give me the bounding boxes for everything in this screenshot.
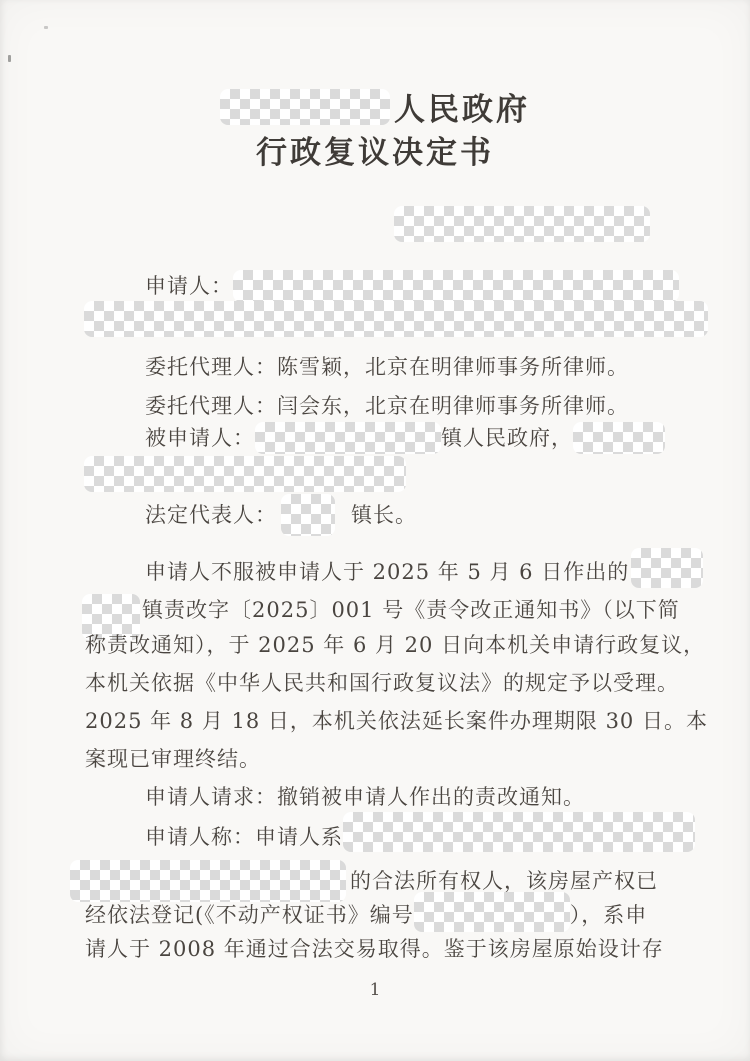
redacted-block-respondent-town-name	[255, 422, 441, 454]
respondent-suffix: 镇人民政府，	[441, 425, 573, 451]
body-line: 申请人请求：撤销被申请人作出的责改通知。	[145, 784, 585, 810]
respondent-label: 被申请人：	[145, 425, 255, 451]
body-line: 经依法登记(《不动产权证书》编号 ），系申	[85, 898, 647, 932]
body-text-segment: 称责改通知），于 2025 年 6 月 20 日向本机关申请行政复议，	[85, 632, 705, 658]
redacted-block-government-name	[220, 89, 390, 125]
body-text-segment: 本机关依据《中华人民共和国行政复议法》的规定予以受理。	[85, 670, 679, 696]
applicant-row: 申请人：	[145, 270, 679, 302]
scan-artifact-speck	[44, 26, 48, 29]
agent-row-1: 委托代理人：陈雪颖，北京在明律师事务所律师。	[145, 354, 629, 380]
redacted-block-applicant-name	[233, 270, 679, 302]
redacted-block-applicant-address	[84, 301, 708, 337]
respondent-row: 被申请人： 镇人民政府，	[145, 422, 665, 454]
body-line: 请人于 2008 年通过合法交易取得。鉴于该房屋原始设计存	[85, 936, 664, 962]
redacted-block-document-number	[394, 206, 650, 242]
body-text-segment: 的合法所有权人，该房屋产权已	[350, 868, 658, 894]
redacted-block-respondent-address	[573, 422, 665, 454]
body-text-segment: 案现已审理终结。	[85, 746, 261, 772]
body-text-segment: 申请人称：申请人系	[145, 824, 343, 850]
redacted-block-inline	[631, 548, 703, 588]
redacted-block-inline	[70, 860, 346, 902]
legal-representative-row: 法定代表人： 镇长。	[145, 494, 417, 536]
page-number-text: 1	[370, 980, 381, 1000]
applicant-label: 申请人：	[145, 273, 233, 299]
body-text-segment: 申请人不服被申请人于 2025 年 5 月 6 日作出的	[145, 559, 629, 585]
body-text-segment: 经依法登记(《不动产权证书》编号	[85, 902, 414, 928]
body-line: 镇责改字〔2025〕001 号《责令改正通知书》（以下简	[82, 594, 680, 626]
title-government-suffix: 人民政府	[394, 84, 530, 129]
body-line: 案现已审理终结。	[85, 746, 261, 772]
legal-rep-label: 法定代表人：	[145, 502, 277, 528]
body-line: 申请人称：申请人系	[145, 822, 695, 852]
redacted-block-legal-rep-name	[281, 494, 335, 536]
agent-row-2: 委托代理人：闫会东，北京在明律师事务所律师。	[145, 393, 629, 419]
title-decision-name: 行政复议决定书	[256, 127, 494, 172]
redacted-block-respondent-address-2	[84, 456, 406, 492]
body-line: 本机关依据《中华人民共和国行政复议法》的规定予以受理。	[85, 670, 679, 696]
legal-rep-suffix: 镇长。	[351, 502, 417, 528]
document-title-line1: 人民政府	[0, 84, 750, 129]
redacted-block-inline	[343, 812, 695, 852]
body-text-segment: 2025 年 8 月 18 日，本机关依法延长案件办理期限 30 日。本	[85, 708, 708, 734]
scan-artifact-speck	[8, 55, 11, 62]
body-text-segment: 请人于 2008 年通过合法交易取得。鉴于该房屋原始设计存	[85, 936, 664, 962]
agent1-text: 委托代理人：陈雪颖，北京在明律师事务所律师。	[145, 354, 629, 380]
body-text-segment: ），系申	[570, 902, 648, 928]
document-title-line2: 行政复议决定书	[0, 127, 750, 172]
body-line: 称责改通知），于 2025 年 6 月 20 日向本机关申请行政复议，	[85, 632, 705, 658]
body-line: 2025 年 8 月 18 日，本机关依法延长案件办理期限 30 日。本	[85, 708, 708, 734]
body-text-segment: 申请人请求：撤销被申请人作出的责改通知。	[145, 784, 585, 810]
body-line: 的合法所有权人，该房屋产权已	[70, 860, 658, 902]
body-text-segment: 镇责改字〔2025〕001 号《责令改正通知书》（以下简	[142, 597, 680, 623]
agent2-text: 委托代理人：闫会东，北京在明律师事务所律师。	[145, 393, 629, 419]
page-number: 1	[0, 980, 750, 1000]
body-line: 申请人不服被申请人于 2025 年 5 月 6 日作出的	[145, 556, 703, 588]
scanned-document-page: 人民政府 行政复议决定书 申请人： 委托代理人：陈雪颖，北京在明律师事务所律师。…	[0, 0, 750, 1061]
redacted-block-inline	[414, 892, 570, 932]
